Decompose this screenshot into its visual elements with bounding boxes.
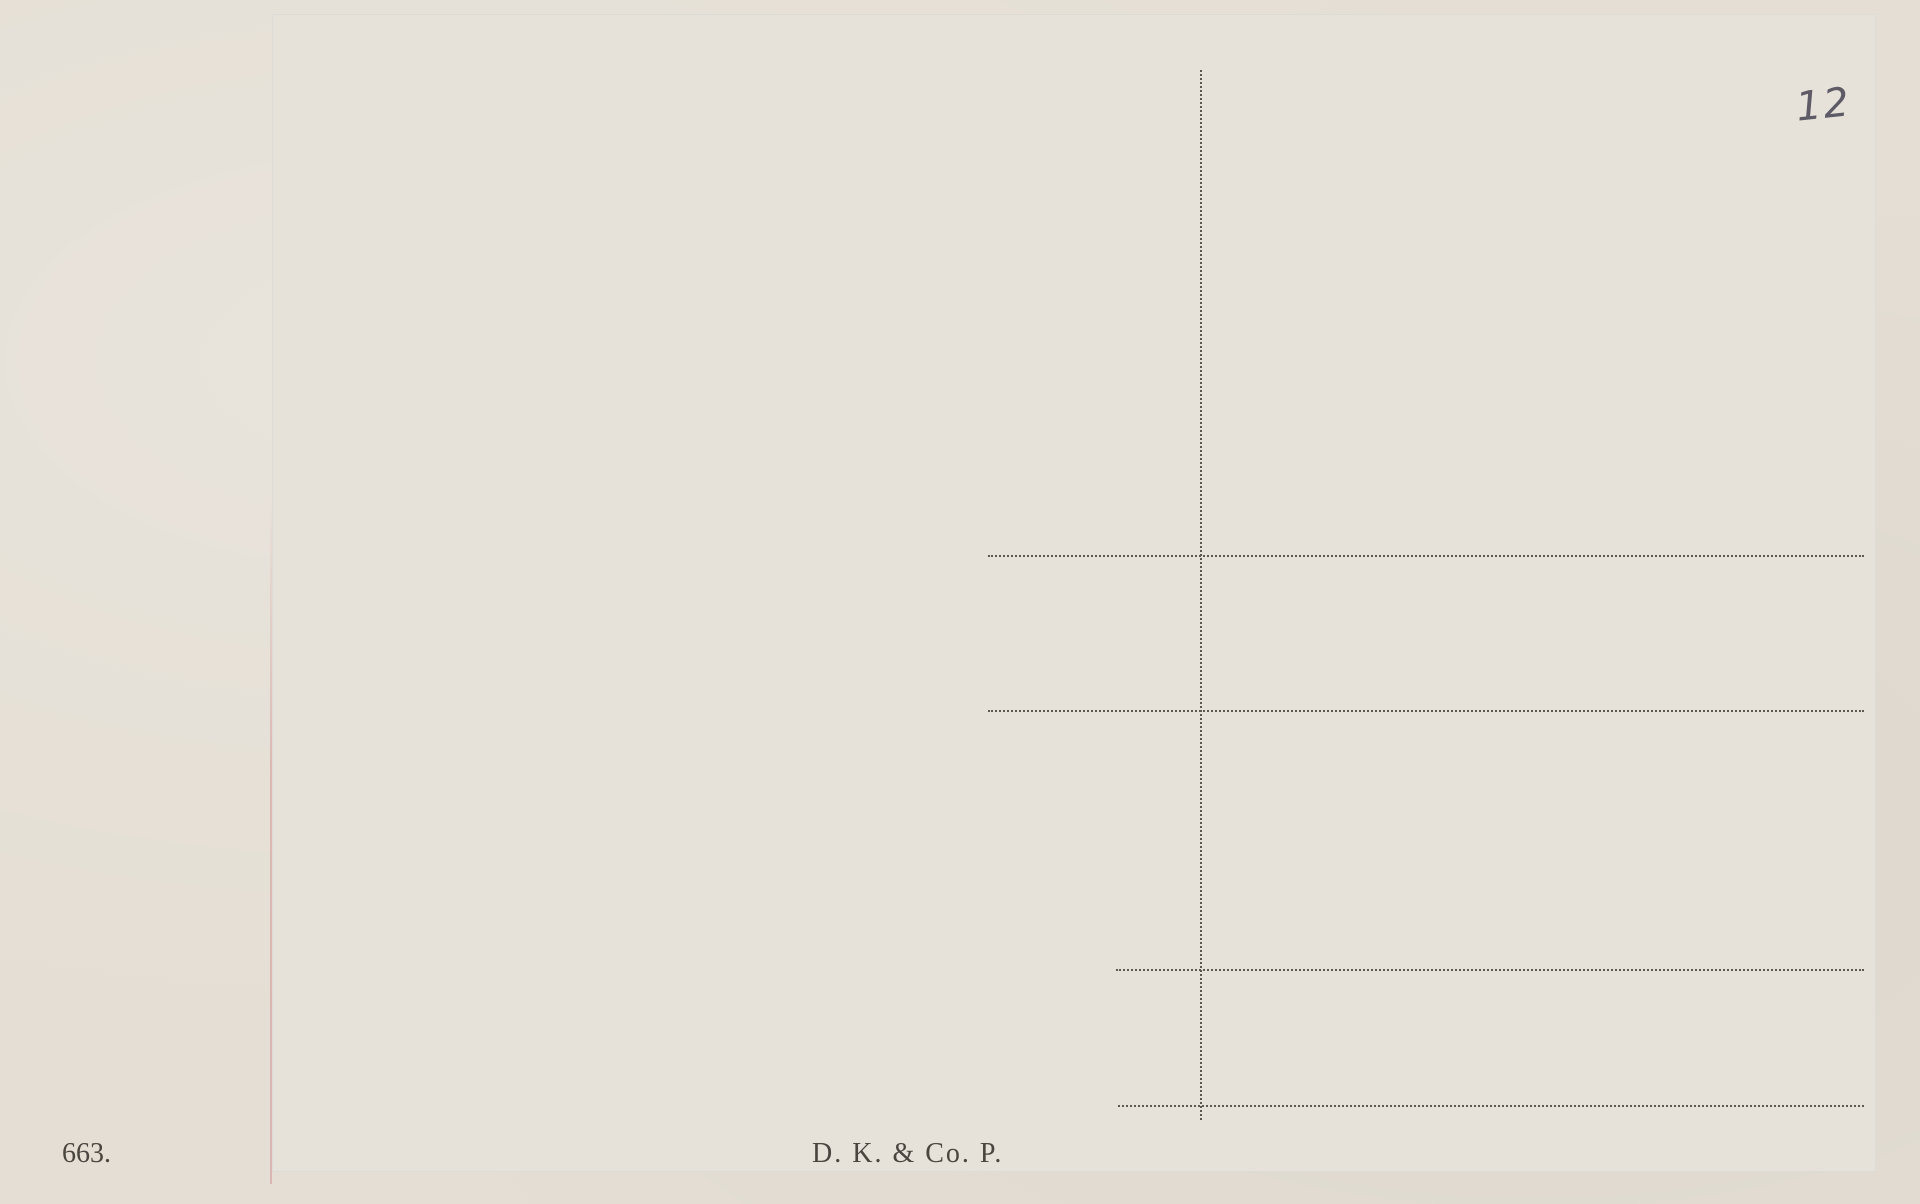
- serial-number: 663.: [62, 1138, 111, 1170]
- publisher-imprint: D. K. & Co. P.: [812, 1138, 1003, 1170]
- postcard-back: 12 663. D. K. & Co. P.: [0, 0, 1920, 1204]
- print-area: [272, 14, 1876, 1172]
- message-address-divider: [1200, 70, 1202, 1120]
- address-line-2: [988, 710, 1864, 712]
- address-line-1: [988, 555, 1864, 557]
- address-line-3: [1116, 969, 1864, 971]
- handwritten-note: 12: [1794, 79, 1853, 130]
- address-line-4: [1118, 1105, 1864, 1107]
